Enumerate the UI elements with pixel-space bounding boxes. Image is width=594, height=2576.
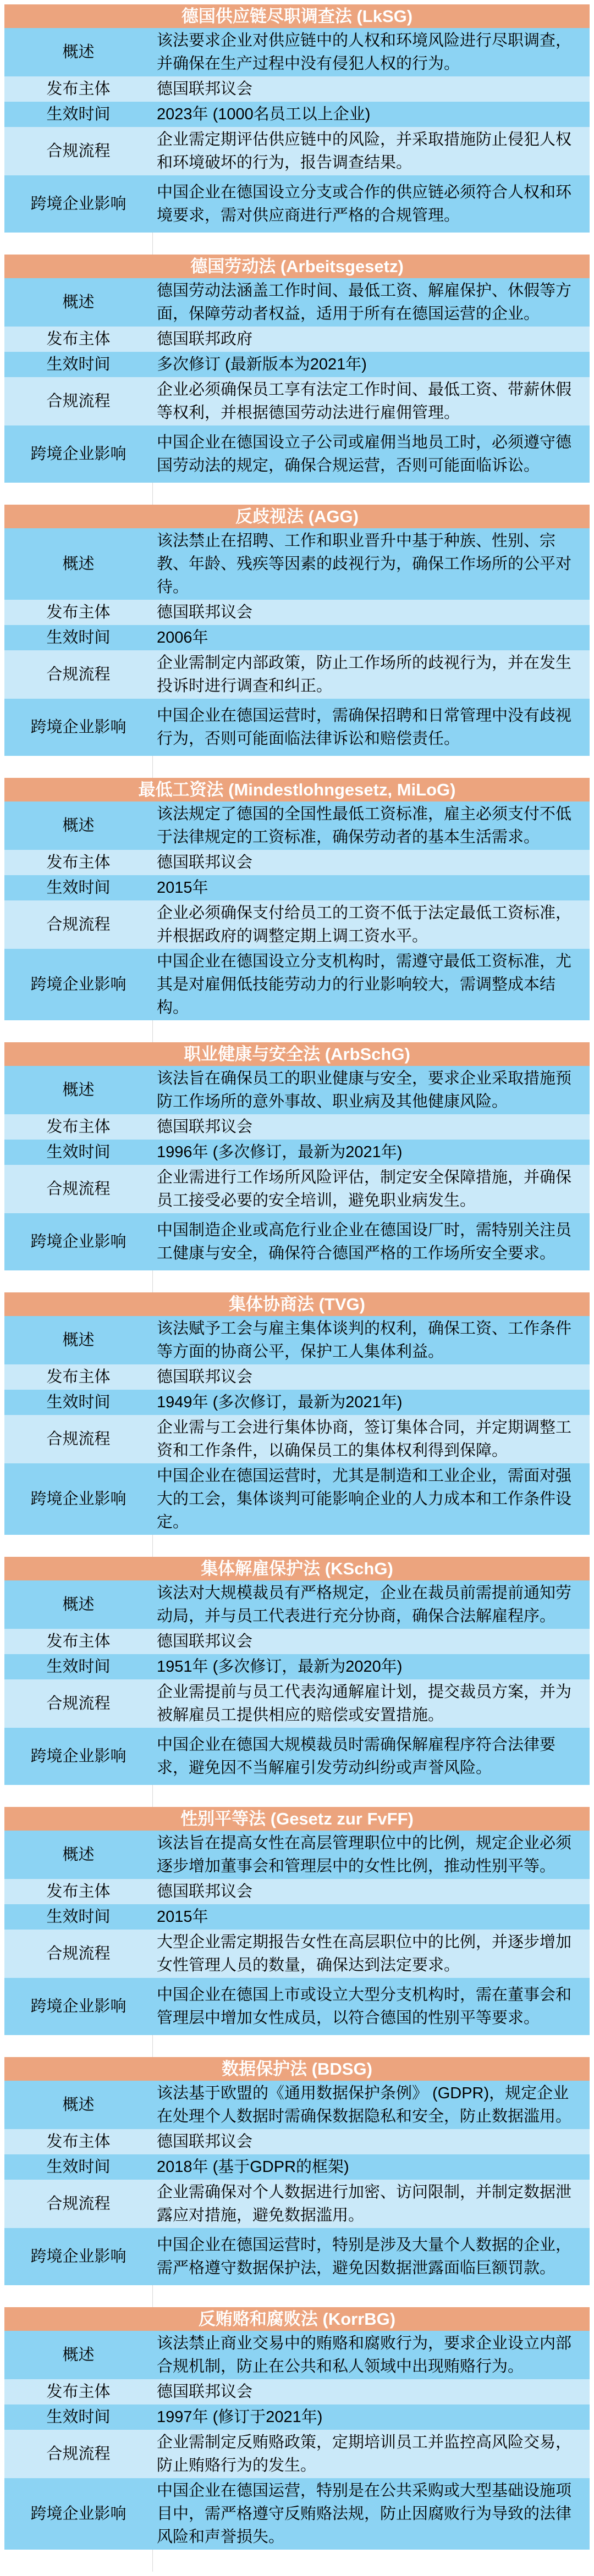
row-label-effective: 生效时间 <box>4 625 152 650</box>
law-table-10: 反贿赂和腐败法 (KorrBG) 概述 该法禁止商业交易中的贿赂和腐败行为，要求… <box>4 2307 590 2572</box>
law-title: 职业健康与安全法 (ArbSchG) <box>4 1042 590 1066</box>
row-value-impact: 中国企业在德国运营时，尤其是制造和工业企业，需面对强大的工会，集体谈判可能影响企… <box>152 1463 590 1535</box>
row-value-impact: 中国企业在德国上市或设立大型分支机构时，需在董事会和管理层中增加女性成员，以符合… <box>152 1978 590 2035</box>
row-effective: 生效时间 2023年 (1000名员工以上企业) <box>4 102 590 127</box>
column-divider <box>152 1535 153 1557</box>
row-value-overview: 该法赋予工会与雇主集体谈判的权利，确保工资、工作条件等方面的协商公平，保护工人集… <box>152 1316 590 1364</box>
row-value-impact: 中国制造企业或高危行业企业在德国设厂时，需特别关注员工健康与安全，确保符合德国严… <box>152 1213 590 1270</box>
law-table-6: 集体协商法 (TVG) 概述 该法赋予工会与雇主集体谈判的权利，确保工资、工作条… <box>4 1292 590 1557</box>
row-value-impact: 中国企业在德国运营，特别是在公共采购或大型基础设施项目中，需严格遵守反贿赂法规，… <box>152 2478 590 2550</box>
table-gap <box>4 233 590 255</box>
row-impact: 跨境企业影响 中国企业在德国设立分支机构时，需遵守最低工资标准，尤其是对雇佣低技… <box>4 949 590 1020</box>
row-issuer: 发布主体 德国联邦议会 <box>4 850 590 875</box>
row-label-issuer: 发布主体 <box>4 2379 152 2404</box>
row-label-process: 合规流程 <box>4 377 152 425</box>
row-value-effective: 1949年 (多次修订，最新为2021年) <box>152 1390 590 1415</box>
row-effective: 生效时间 2015年 <box>4 1904 590 1930</box>
row-value-overview: 该法旨在提高女性在高层管理职位中的比例，规定企业必须逐步增加董事会和管理层中的女… <box>152 1831 590 1879</box>
row-label-impact: 跨境企业影响 <box>4 2228 152 2285</box>
column-divider <box>152 233 153 255</box>
row-label-issuer: 发布主体 <box>4 1114 152 1140</box>
row-label-impact: 跨境企业影响 <box>4 1978 152 2035</box>
row-value-impact: 中国企业在德国设立子公司或雇佣当地员工时，必须遵守德国劳动法的规定，确保合规运营… <box>152 425 590 483</box>
law-title: 反贿赂和腐败法 (KorrBG) <box>4 2307 590 2331</box>
table-gap <box>4 483 590 505</box>
row-effective: 生效时间 2006年 <box>4 625 590 650</box>
row-process: 合规流程 企业需确保对个人数据进行加密、访问限制，并制定数据泄露应对措施，避免数… <box>4 2180 590 2228</box>
table-gap <box>4 756 590 778</box>
row-overview: 概述 该法赋予工会与雇主集体谈判的权利，确保工资、工作条件等方面的协商公平，保护… <box>4 1316 590 1364</box>
row-label-process: 合规流程 <box>4 900 152 949</box>
table-gap <box>4 2285 590 2307</box>
row-label-effective: 生效时间 <box>4 1390 152 1415</box>
row-effective: 生效时间 1996年 (多次修订，最新为2021年) <box>4 1140 590 1165</box>
row-value-effective: 2006年 <box>152 625 590 650</box>
law-title: 德国劳动法 (Arbeitsgesetz) <box>4 255 590 278</box>
column-divider <box>152 1785 153 1807</box>
document-page: 德国供应链尽职调查法 (LkSG) 概述 该法要求企业对供应链中的人权和环境风险… <box>0 0 594 2576</box>
row-label-process: 合规流程 <box>4 1415 152 1463</box>
row-issuer: 发布主体 德国联邦议会 <box>4 1364 590 1390</box>
row-issuer: 发布主体 德国联邦议会 <box>4 2379 590 2404</box>
row-value-overview: 该法要求企业对供应链中的人权和环境风险进行尽职调查，并确保在生产过程中没有侵犯人… <box>152 28 590 76</box>
row-value-process: 企业需制定内部政策，防止工作场所的歧视行为，并在发生投诉时进行调查和纠正。 <box>152 650 590 699</box>
row-issuer: 发布主体 德国联邦议会 <box>4 1114 590 1140</box>
row-label-issuer: 发布主体 <box>4 600 152 625</box>
laws-container: 德国供应链尽职调查法 (LkSG) 概述 该法要求企业对供应链中的人权和环境风险… <box>4 4 590 2572</box>
row-label-issuer: 发布主体 <box>4 327 152 352</box>
row-label-overview: 概述 <box>4 1580 152 1629</box>
column-divider <box>152 2285 153 2307</box>
column-divider <box>152 756 153 778</box>
row-value-issuer: 德国联邦议会 <box>152 2379 590 2404</box>
row-value-issuer: 德国联邦议会 <box>152 2129 590 2154</box>
row-value-process: 企业需进行工作场所风险评估，制定安全保障措施，并确保员工接受必要的安全培训，避免… <box>152 1165 590 1213</box>
row-overview: 概述 该法禁止商业交易中的贿赂和腐败行为，要求企业设立内部合规机制，防止在公共和… <box>4 2331 590 2379</box>
row-label-process: 合规流程 <box>4 127 152 175</box>
row-overview: 概述 该法规定了德国的全国性最低工资标准，雇主必须支付不低于法律规定的工资标准，… <box>4 801 590 850</box>
row-value-process: 企业需提前与员工代表沟通解雇计划，提交裁员方案，并为被解雇员工提供相应的赔偿或安… <box>152 1679 590 1728</box>
row-label-effective: 生效时间 <box>4 1654 152 1679</box>
row-label-overview: 概述 <box>4 801 152 850</box>
row-label-impact: 跨境企业影响 <box>4 175 152 233</box>
row-effective: 生效时间 多次修订 (最新版本为2021年) <box>4 352 590 377</box>
row-overview: 概述 该法对大规模裁员有严格规定，企业在裁员前需提前通知劳动局，并与员工代表进行… <box>4 1580 590 1629</box>
row-overview: 概述 德国劳动法涵盖工作时间、最低工资、解雇保护、休假等方面，保障劳动者权益，适… <box>4 278 590 327</box>
row-impact: 跨境企业影响 中国企业在德国运营时，需确保招聘和日常管理中没有歧视行为，否则可能… <box>4 699 590 756</box>
row-label-overview: 概述 <box>4 2081 152 2129</box>
row-value-overview: 德国劳动法涵盖工作时间、最低工资、解雇保护、休假等方面，保障劳动者权益，适用于所… <box>152 278 590 327</box>
row-label-issuer: 发布主体 <box>4 850 152 875</box>
row-value-overview: 该法禁止商业交易中的贿赂和腐败行为，要求企业设立内部合规机制，防止在公共和私人领… <box>152 2331 590 2379</box>
table-gap <box>4 1785 590 1807</box>
table-gap <box>4 1270 590 1292</box>
law-table-2: 德国劳动法 (Arbeitsgesetz) 概述 德国劳动法涵盖工作时间、最低工… <box>4 255 590 505</box>
row-label-effective: 生效时间 <box>4 2404 152 2430</box>
row-value-effective: 2015年 <box>152 875 590 900</box>
row-label-impact: 跨境企业影响 <box>4 949 152 1020</box>
law-table-3: 反歧视法 (AGG) 概述 该法禁止在招聘、工作和职业晋升中基于种族、性别、宗教… <box>4 505 590 778</box>
row-label-issuer: 发布主体 <box>4 2129 152 2154</box>
column-divider <box>152 1270 153 1292</box>
row-value-overview: 该法基于欧盟的《通用数据保护条例》 (GDPR)，规定企业在处理个人数据时需确保… <box>152 2081 590 2129</box>
row-value-issuer: 德国联邦议会 <box>152 1879 590 1904</box>
row-process: 合规流程 企业需制定内部政策，防止工作场所的歧视行为，并在发生投诉时进行调查和纠… <box>4 650 590 699</box>
law-title: 性别平等法 (Gesetz zur FvFF) <box>4 1807 590 1831</box>
row-label-process: 合规流程 <box>4 1165 152 1213</box>
row-value-effective: 2023年 (1000名员工以上企业) <box>152 102 590 127</box>
row-label-process: 合规流程 <box>4 1679 152 1728</box>
table-gap <box>4 1020 590 1042</box>
row-effective: 生效时间 1997年 (修订于2021年) <box>4 2404 590 2430</box>
row-value-process: 企业必须确保支付给员工的工资不低于法定最低工资标准，并根据政府的调整定期上调工资… <box>152 900 590 949</box>
row-value-overview: 该法对大规模裁员有严格规定，企业在裁员前需提前通知劳动局，并与员工代表进行充分协… <box>152 1580 590 1629</box>
row-process: 合规流程 企业需进行工作场所风险评估，制定安全保障措施，并确保员工接受必要的安全… <box>4 1165 590 1213</box>
row-impact: 跨境企业影响 中国企业在德国运营时，尤其是制造和工业企业，需面对强大的工会，集体… <box>4 1463 590 1535</box>
row-value-effective: 1997年 (修订于2021年) <box>152 2404 590 2430</box>
row-label-overview: 概述 <box>4 1066 152 1114</box>
law-table-5: 职业健康与安全法 (ArbSchG) 概述 该法旨在确保员工的职业健康与安全，要… <box>4 1042 590 1292</box>
row-label-overview: 概述 <box>4 528 152 600</box>
row-effective: 生效时间 1949年 (多次修订，最新为2021年) <box>4 1390 590 1415</box>
row-label-impact: 跨境企业影响 <box>4 1463 152 1535</box>
row-overview: 概述 该法禁止在招聘、工作和职业晋升中基于种族、性别、宗教、年龄、残疾等因素的歧… <box>4 528 590 600</box>
row-value-overview: 该法禁止在招聘、工作和职业晋升中基于种族、性别、宗教、年龄、残疾等因素的歧视行为… <box>152 528 590 600</box>
row-label-process: 合规流程 <box>4 1930 152 1978</box>
row-overview: 概述 该法要求企业对供应链中的人权和环境风险进行尽职调查，并确保在生产过程中没有… <box>4 28 590 76</box>
row-impact: 跨境企业影响 中国制造企业或高危行业企业在德国设厂时，需特别关注员工健康与安全，… <box>4 1213 590 1270</box>
row-process: 合规流程 企业需提前与员工代表沟通解雇计划，提交裁员方案，并为被解雇员工提供相应… <box>4 1679 590 1728</box>
row-label-issuer: 发布主体 <box>4 1879 152 1904</box>
row-process: 合规流程 企业需制定反贿赂政策，定期培训员工并监控高风险交易，防止贿赂行为的发生… <box>4 2430 590 2478</box>
row-value-issuer: 德国联邦政府 <box>152 327 590 352</box>
row-process: 合规流程 大型企业需定期报告女性在高层职位中的比例，并逐步增加女性管理人员的数量… <box>4 1930 590 1978</box>
row-label-impact: 跨境企业影响 <box>4 1213 152 1270</box>
table-gap <box>4 2035 590 2057</box>
row-label-effective: 生效时间 <box>4 352 152 377</box>
law-table-8: 性别平等法 (Gesetz zur FvFF) 概述 该法旨在提高女性在高层管理… <box>4 1807 590 2057</box>
row-value-issuer: 德国联邦议会 <box>152 600 590 625</box>
row-value-process: 企业需制定反贿赂政策，定期培训员工并监控高风险交易，防止贿赂行为的发生。 <box>152 2430 590 2478</box>
law-title: 数据保护法 (BDSG) <box>4 2057 590 2081</box>
law-table-9: 数据保护法 (BDSG) 概述 该法基于欧盟的《通用数据保护条例》 (GDPR)… <box>4 2057 590 2307</box>
row-label-process: 合规流程 <box>4 2430 152 2478</box>
row-label-overview: 概述 <box>4 1316 152 1364</box>
row-label-issuer: 发布主体 <box>4 1629 152 1654</box>
row-value-process: 企业必须确保员工享有法定工作时间、最低工资、带薪休假等权利，并根据德国劳动法进行… <box>152 377 590 425</box>
row-issuer: 发布主体 德国联邦议会 <box>4 600 590 625</box>
row-value-overview: 该法旨在确保员工的职业健康与安全，要求企业采取措施预防工作场所的意外事故、职业病… <box>152 1066 590 1114</box>
row-value-issuer: 德国联邦议会 <box>152 1364 590 1390</box>
row-process: 合规流程 企业必须确保员工享有法定工作时间、最低工资、带薪休假等权利，并根据德国… <box>4 377 590 425</box>
row-label-effective: 生效时间 <box>4 1904 152 1930</box>
row-impact: 跨境企业影响 中国企业在德国运营，特别是在公共采购或大型基础设施项目中，需严格遵… <box>4 2478 590 2550</box>
row-value-issuer: 德国联邦议会 <box>152 850 590 875</box>
row-process: 合规流程 企业需与工会进行集体协商，签订集体合同，并定期调整工资和工作条件，以确… <box>4 1415 590 1463</box>
row-label-issuer: 发布主体 <box>4 76 152 102</box>
row-impact: 跨境企业影响 中国企业在德国运营时，特别是涉及大量个人数据的企业，需严格遵守数据… <box>4 2228 590 2285</box>
law-title: 反歧视法 (AGG) <box>4 505 590 528</box>
row-value-effective: 2018年 (基于GDPR的框架) <box>152 2154 590 2180</box>
row-effective: 生效时间 2018年 (基于GDPR的框架) <box>4 2154 590 2180</box>
law-table-7: 集体解雇保护法 (KSchG) 概述 该法对大规模裁员有严格规定，企业在裁员前需… <box>4 1557 590 1807</box>
row-value-impact: 中国企业在德国设立分支或合作的供应链必须符合人权和环境要求，需对供应商进行严格的… <box>152 175 590 233</box>
row-value-process: 企业需确保对个人数据进行加密、访问限制，并制定数据泄露应对措施，避免数据滥用。 <box>152 2180 590 2228</box>
row-value-effective: 1951年 (多次修订，最新为2020年) <box>152 1654 590 1679</box>
row-value-issuer: 德国联邦议会 <box>152 76 590 102</box>
law-table-4: 最低工资法 (Mindestlohngesetz, MiLoG) 概述 该法规定… <box>4 778 590 1042</box>
row-issuer: 发布主体 德国联邦议会 <box>4 1879 590 1904</box>
row-issuer: 发布主体 德国联邦政府 <box>4 327 590 352</box>
row-value-effective: 多次修订 (最新版本为2021年) <box>152 352 590 377</box>
column-divider <box>152 2550 153 2572</box>
row-label-effective: 生效时间 <box>4 102 152 127</box>
row-value-overview: 该法规定了德国的全国性最低工资标准，雇主必须支付不低于法律规定的工资标准，确保劳… <box>152 801 590 850</box>
row-value-process: 企业需与工会进行集体协商，签订集体合同，并定期调整工资和工作条件，以确保员工的集… <box>152 1415 590 1463</box>
row-process: 合规流程 企业需定期评估供应链中的风险，并采取措施防止侵犯人权和环境破坏的行为，… <box>4 127 590 175</box>
column-divider <box>152 1020 153 1042</box>
row-label-impact: 跨境企业影响 <box>4 1728 152 1785</box>
row-value-process: 大型企业需定期报告女性在高层职位中的比例，并逐步增加女性管理人员的数量，确保达到… <box>152 1930 590 1978</box>
row-value-impact: 中国企业在德国设立分支机构时，需遵守最低工资标准，尤其是对雇佣低技能劳动力的行业… <box>152 949 590 1020</box>
row-label-impact: 跨境企业影响 <box>4 2478 152 2550</box>
row-label-effective: 生效时间 <box>4 2154 152 2180</box>
law-title: 集体协商法 (TVG) <box>4 1292 590 1316</box>
column-divider <box>152 2035 153 2057</box>
row-impact: 跨境企业影响 中国企业在德国大规模裁员时需确保解雇程序符合法律要求，避免因不当解… <box>4 1728 590 1785</box>
row-label-effective: 生效时间 <box>4 875 152 900</box>
row-value-process: 企业需定期评估供应链中的风险，并采取措施防止侵犯人权和环境破坏的行为，报告调查结… <box>152 127 590 175</box>
row-label-issuer: 发布主体 <box>4 1364 152 1390</box>
row-value-impact: 中国企业在德国运营时，特别是涉及大量个人数据的企业，需严格遵守数据保护法，避免因… <box>152 2228 590 2285</box>
row-issuer: 发布主体 德国联邦议会 <box>4 1629 590 1654</box>
row-overview: 概述 该法旨在确保员工的职业健康与安全，要求企业采取措施预防工作场所的意外事故、… <box>4 1066 590 1114</box>
row-label-impact: 跨境企业影响 <box>4 425 152 483</box>
row-label-overview: 概述 <box>4 1831 152 1879</box>
row-overview: 概述 该法基于欧盟的《通用数据保护条例》 (GDPR)，规定企业在处理个人数据时… <box>4 2081 590 2129</box>
row-label-process: 合规流程 <box>4 2180 152 2228</box>
row-value-issuer: 德国联邦议会 <box>152 1629 590 1654</box>
row-impact: 跨境企业影响 中国企业在德国上市或设立大型分支机构时，需在董事会和管理层中增加女… <box>4 1978 590 2035</box>
row-issuer: 发布主体 德国联邦议会 <box>4 2129 590 2154</box>
row-label-overview: 概述 <box>4 278 152 327</box>
row-label-effective: 生效时间 <box>4 1140 152 1165</box>
row-impact: 跨境企业影响 中国企业在德国设立分支或合作的供应链必须符合人权和环境要求，需对供… <box>4 175 590 233</box>
law-title: 集体解雇保护法 (KSchG) <box>4 1557 590 1580</box>
law-title: 最低工资法 (Mindestlohngesetz, MiLoG) <box>4 778 590 801</box>
row-process: 合规流程 企业必须确保支付给员工的工资不低于法定最低工资标准，并根据政府的调整定… <box>4 900 590 949</box>
row-effective: 生效时间 1951年 (多次修订，最新为2020年) <box>4 1654 590 1679</box>
column-divider <box>152 483 153 505</box>
row-value-effective: 1996年 (多次修订，最新为2021年) <box>152 1140 590 1165</box>
row-value-issuer: 德国联邦议会 <box>152 1114 590 1140</box>
law-title: 德国供应链尽职调查法 (LkSG) <box>4 4 590 28</box>
row-label-process: 合规流程 <box>4 650 152 699</box>
page-end <box>4 2572 590 2576</box>
table-gap <box>4 2550 590 2572</box>
row-label-impact: 跨境企业影响 <box>4 699 152 756</box>
table-gap <box>4 1535 590 1557</box>
row-value-impact: 中国企业在德国大规模裁员时需确保解雇程序符合法律要求，避免因不当解雇引发劳动纠纷… <box>152 1728 590 1785</box>
row-impact: 跨境企业影响 中国企业在德国设立子公司或雇佣当地员工时，必须遵守德国劳动法的规定… <box>4 425 590 483</box>
row-overview: 概述 该法旨在提高女性在高层管理职位中的比例，规定企业必须逐步增加董事会和管理层… <box>4 1831 590 1879</box>
row-effective: 生效时间 2015年 <box>4 875 590 900</box>
law-table-1: 德国供应链尽职调查法 (LkSG) 概述 该法要求企业对供应链中的人权和环境风险… <box>4 4 590 255</box>
row-label-overview: 概述 <box>4 2331 152 2379</box>
row-value-impact: 中国企业在德国运营时，需确保招聘和日常管理中没有歧视行为，否则可能面临法律诉讼和… <box>152 699 590 756</box>
row-label-overview: 概述 <box>4 28 152 76</box>
row-value-effective: 2015年 <box>152 1904 590 1930</box>
row-issuer: 发布主体 德国联邦议会 <box>4 76 590 102</box>
